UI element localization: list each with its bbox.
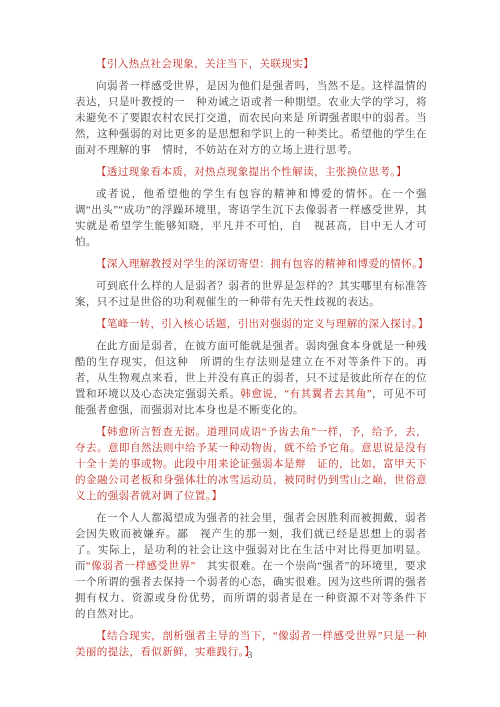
red-text-segment: 【引入热点社会现象，关注当下，关联现实】 <box>96 59 314 70</box>
annotation-paragraph: 【笔峰一转，引入核心话题，引出对强弱的定义与理解的深入探讨。】 <box>75 317 427 333</box>
text-segment: 向弱者一样感受世界，是因为他们是强者吗，当然不是。这样温情的表达，只是叶教授的一… <box>75 81 427 156</box>
annotation-paragraph: 【引入热点社会现象，关注当下，关联现实】 <box>75 57 427 73</box>
red-text-segment: 【韩愈所言暂查无据。道理同成语“予齿去角”一样，予，给予，去，夺去。意即自然法则… <box>75 427 438 502</box>
red-text-segment: “像弱者一样感受世界” <box>86 561 196 572</box>
annotation-paragraph: 【透过现象看本质，对热点现象提出个性解读，主张换位思考。】 <box>75 165 427 181</box>
text-segment: 或者说，他希望他的学生有包容的精神和博爱的情怀。在一个强调“出头”“成功”的浮躁… <box>75 189 427 248</box>
red-text-segment: 【笔峰一转，引入核心话题，引出对强弱的定义与理解的深入探讨。】 <box>96 319 429 330</box>
body-paragraph: 在此方面是弱者，在彼方面可能就是强者。弱肉强食本身就是一种残酷的生存现实，但这种… <box>75 339 427 419</box>
annotation-paragraph: 【深入理解教授对学生的深切寄望：拥有包容的精神和博爱的情怀。】 <box>75 257 427 273</box>
red-text-segment: 【透过现象看本质，对热点现象提出个性解读，主张换位思考。】 <box>96 167 407 178</box>
red-text-segment: 韩愈说，“有其翼者去其角” <box>240 389 372 400</box>
body-paragraph: 可到底什么样的人是弱者？弱者的世界是怎样的？其实哪里有标准答案，只不过是世俗的功… <box>75 279 427 311</box>
body-paragraph: 或者说，他希望他的学生有包容的精神和博爱的情怀。在一个强调“出头”“成功”的浮躁… <box>75 187 427 251</box>
document-content: 【引入热点社会现象，关注当下，关联现实】向弱者一样感受世界，是因为他们是强者吗，… <box>75 57 427 667</box>
page-number: 3 <box>0 650 500 660</box>
red-text-segment: 【深入理解教授对学生的深切寄望：拥有包容的精神和博爱的情怀。】 <box>96 259 429 270</box>
body-paragraph: 向弱者一样感受世界，是因为他们是强者吗，当然不是。这样温情的表达，只是叶教授的一… <box>75 79 427 159</box>
body-paragraph: 在一个人人都渴望成为强者的社会里，强者会因胜利而被拥戴，弱者会因失败而被嫌弃。鄙… <box>75 511 427 623</box>
document-page: 【引入热点社会现象，关注当下，关联现实】向弱者一样感受世界，是因为他们是强者吗，… <box>0 0 500 707</box>
annotation-paragraph: 【韩愈所言暂查无据。道理同成语“予齿去角”一样，予，给予，去，夺去。意即自然法则… <box>75 425 427 505</box>
text-segment: 可到底什么样的人是弱者？弱者的世界是怎样的？其实哪里有标准答案，只不过是世俗的功… <box>75 281 427 308</box>
